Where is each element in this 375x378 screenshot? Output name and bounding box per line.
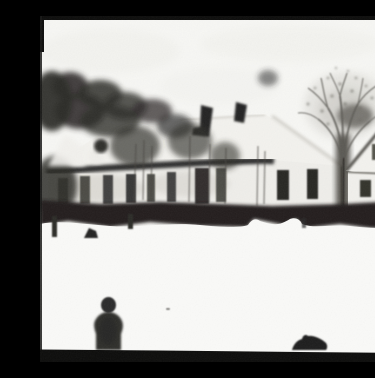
film-grain-overlay [40, 16, 375, 362]
photograph-svg [40, 16, 375, 362]
photo-frame [40, 16, 375, 362]
